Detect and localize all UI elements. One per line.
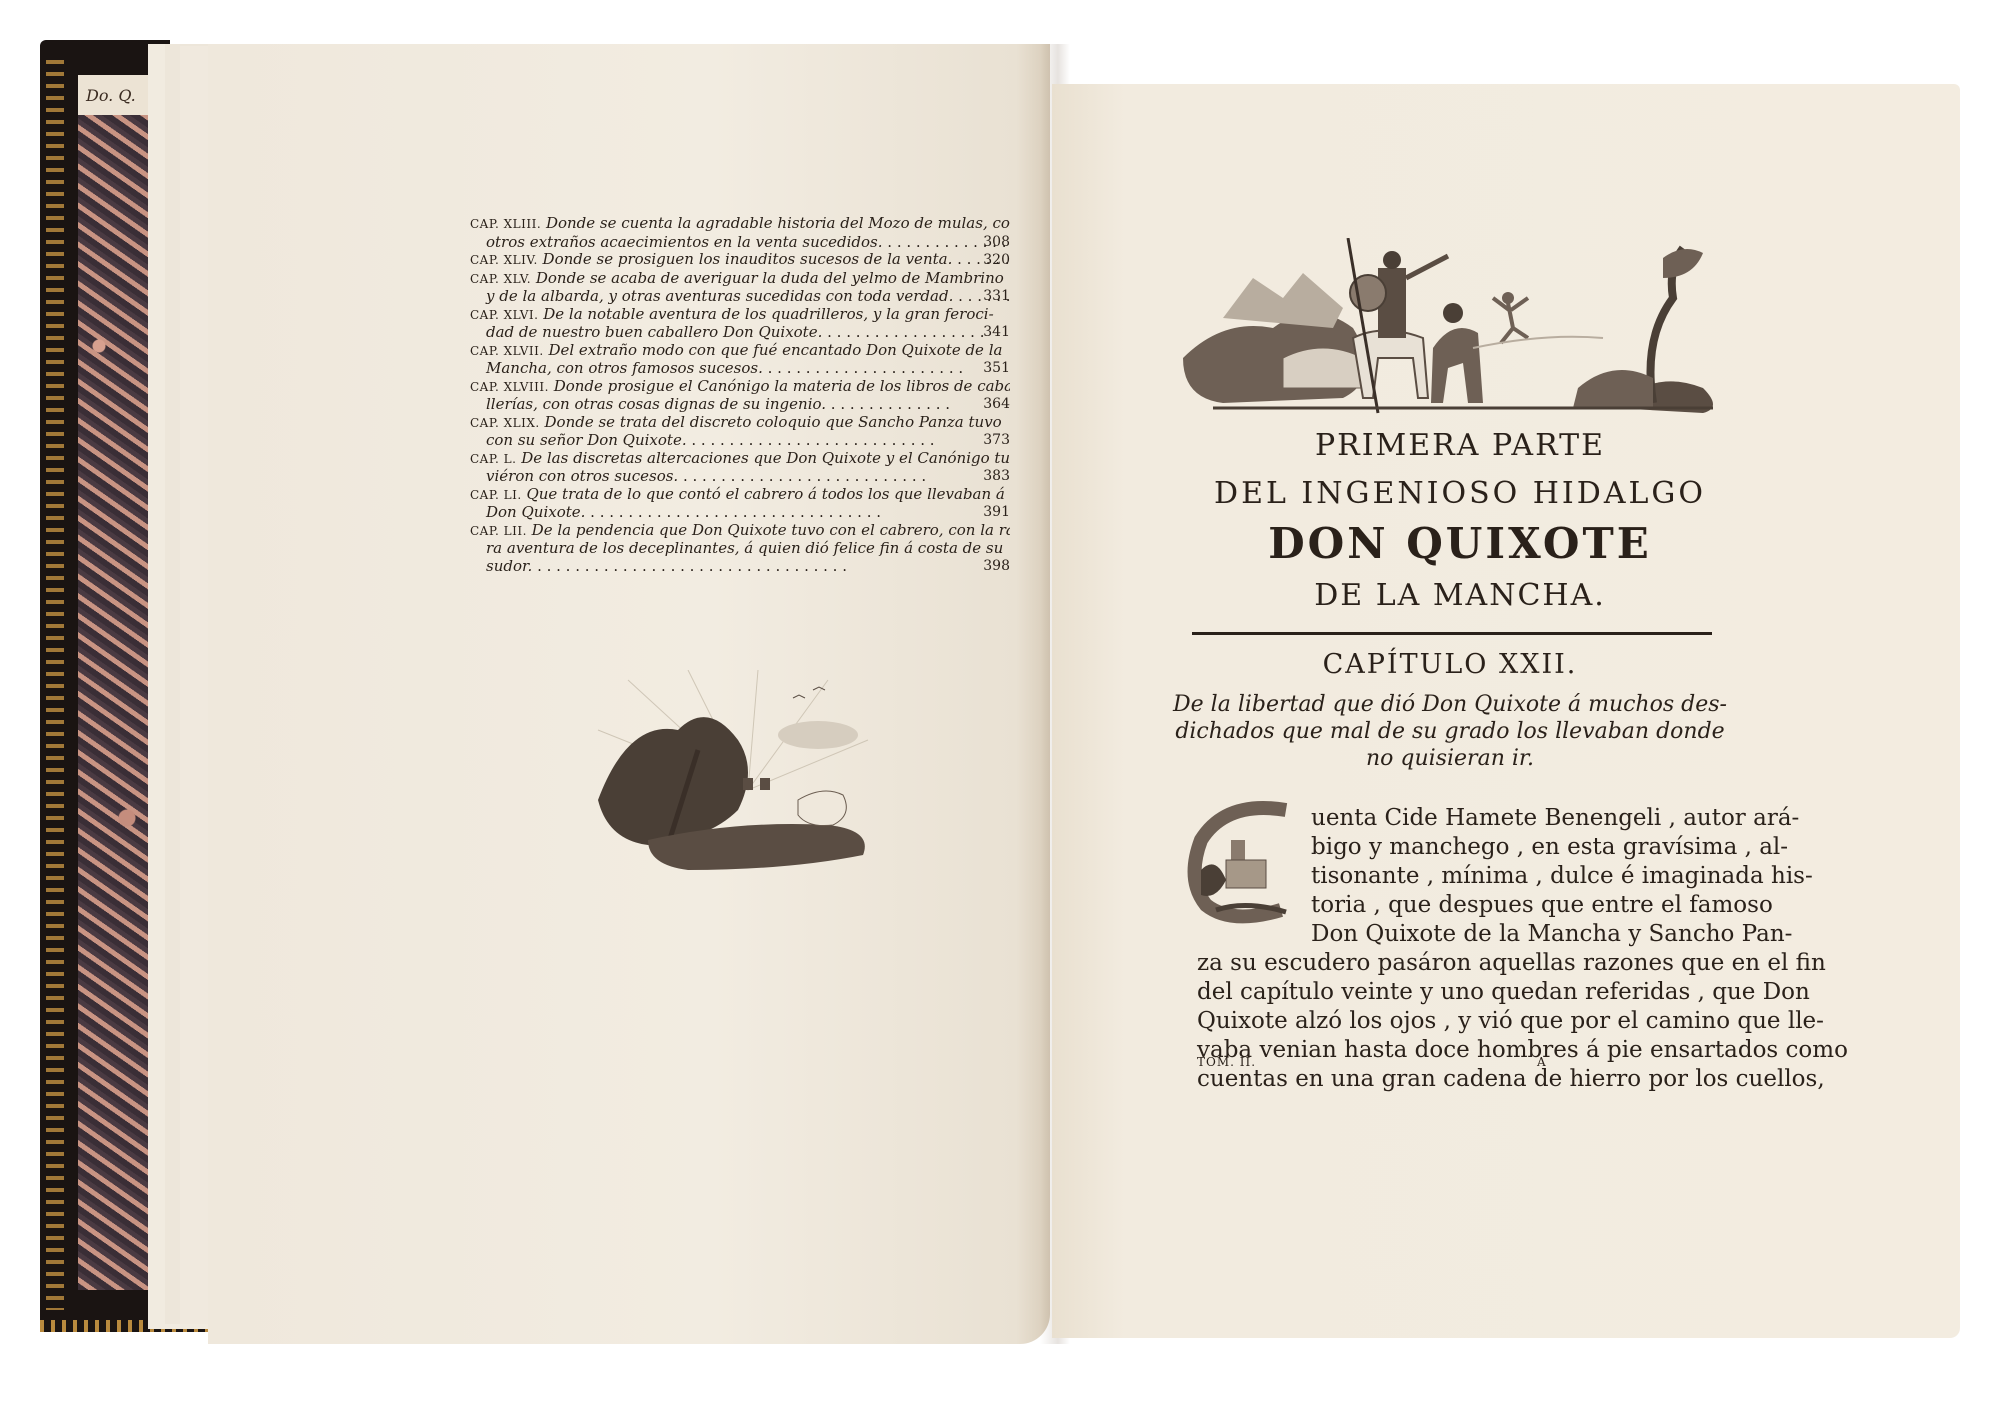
volume-marker: TOM. II.: [1197, 1055, 1256, 1069]
chapter-title: CAPÍTULO XXII.: [1170, 645, 1730, 685]
marbled-endpaper: [78, 110, 148, 1290]
horizontal-rule: [1192, 632, 1712, 635]
toc-entry: CAP. XLIII. Donde se cuenta la agradable…: [470, 215, 1010, 251]
chapter-body-text: uenta Cide Hamete Benengeli , autor ará-…: [1197, 804, 1715, 1094]
toc-page-number: 320: [983, 252, 1010, 270]
toc-page-number: 364: [983, 396, 1010, 414]
toc-page-number: 373: [983, 432, 1010, 450]
toc-entry: CAP. XLV. Donde se acaba de averiguar la…: [470, 270, 1010, 306]
spine-label: Do. Q.: [78, 75, 148, 115]
toc-entry: CAP. L. De las discretas altercaciones q…: [470, 450, 1010, 486]
toc-page-number: 308: [983, 234, 1010, 252]
toc-entry: CAP. XLIV. Donde se prosiguen los inaudi…: [470, 251, 1010, 270]
title-line-don-quixote: DON QUIXOTE: [1180, 516, 1740, 572]
page-footer: TOM. II. A: [1197, 1055, 1715, 1069]
page-leaf-edge: [180, 46, 211, 1324]
chapter-heading-block: CAPÍTULO XXII. De la libertad que dió Do…: [1170, 645, 1730, 772]
toc-entry: CAP. XLVI. De la notable aventura de los…: [470, 306, 1010, 342]
title-line-primera-parte: PRIMERA PARTE: [1180, 424, 1740, 468]
gilt-border-tooling: [46, 60, 64, 1310]
toc-page-number: 398: [983, 558, 1010, 576]
toc-entry: CAP. LII. De la pendencia que Don Quixot…: [470, 522, 1010, 576]
title-line-mancha: DE LA MANCHA.: [1180, 574, 1740, 618]
headpiece-engraving: [1183, 238, 1723, 418]
toc-entry: CAP. XLVII. Del extraño modo con que fué…: [470, 342, 1010, 378]
toc-page-number: 331: [983, 288, 1010, 306]
toc-entry: CAP. XLIX. Donde se trata del discreto c…: [470, 414, 1010, 450]
signature-mark: A: [1537, 1055, 1547, 1069]
title-line-ingenioso: DEL INGENIOSO HIDALGO: [1180, 472, 1740, 516]
toc-entry: CAP. LI. Que trata de lo que contó el ca…: [470, 486, 1010, 522]
chapter-subtitle: De la libertad que dió Don Quixote á muc…: [1170, 691, 1730, 772]
title-block: PRIMERA PARTE DEL INGENIOSO HIDALGO DON …: [1180, 420, 1740, 618]
toc-page-number: 341: [983, 324, 1010, 342]
toc-entry: CAP. XLVIII. Donde prosigue el Canónigo …: [470, 378, 1010, 414]
toc-chapter-number: CAP. XLIII.: [470, 217, 541, 231]
landscape-vignette-engraving: [588, 670, 878, 890]
toc-page-number: 391: [983, 504, 1010, 522]
table-of-contents: CAP. XLIII. Donde se cuenta la agradable…: [470, 215, 1010, 575]
toc-page-number: 351: [983, 360, 1010, 378]
toc-page-number: 383: [983, 468, 1010, 486]
